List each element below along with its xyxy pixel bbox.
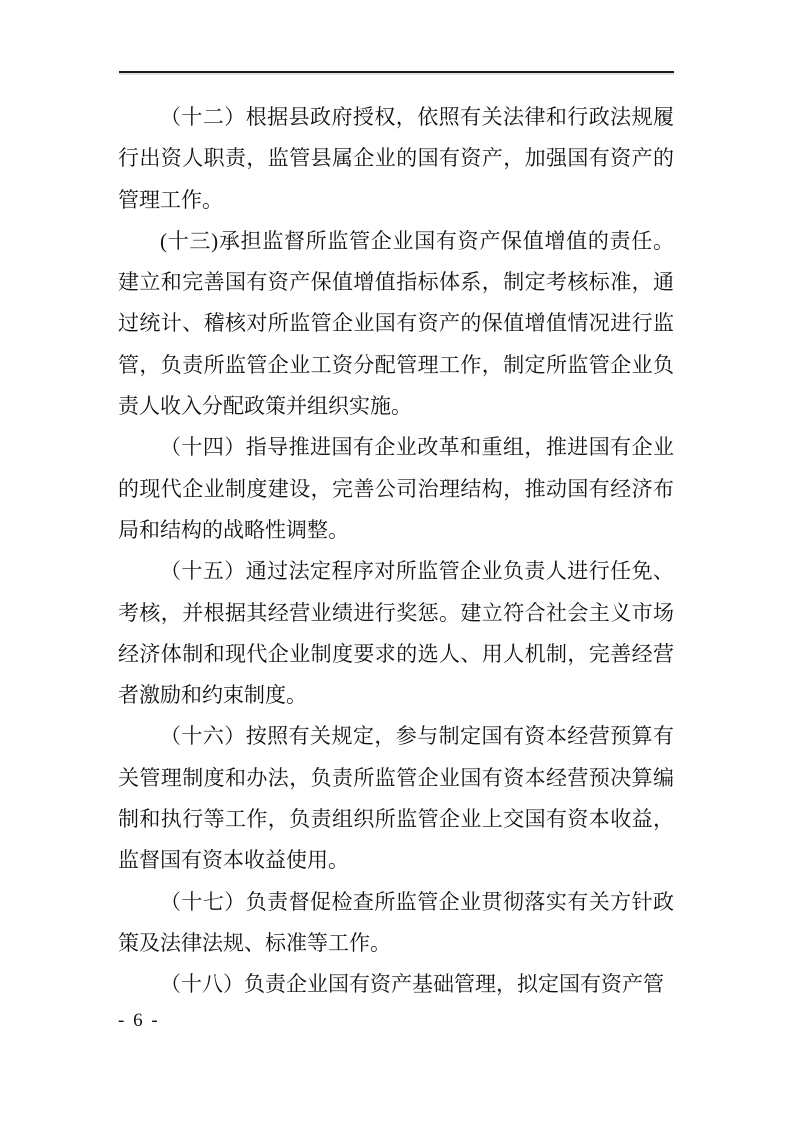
paragraph-12: （十二）根据县政府授权，依照有关法律和行政法规履行出资人职责，监管县属企业的国有… [118,97,674,221]
paragraph-16: （十六）按照有关规定，参与制定国有资本经营预算有关管理制度和办法，负责所监管企业… [118,716,674,881]
document-body: （十二）根据县政府授权，依照有关法律和行政法规履行出资人职责，监管县属企业的国有… [118,97,674,1006]
page-number: - 6 - [118,1010,160,1032]
paragraph-13: (十三)承担监督所监管企业国有资产保值增值的责任。建立和完善国有资产保值增值指标… [118,221,674,427]
header-rule [119,71,674,73]
paragraph-17: （十七）负责督促检查所监管企业贯彻落实有关方针政策及法律法规、标准等工作。 [118,882,674,965]
paragraph-18: （十八）负责企业国有资产基础管理，拟定国有资产管 [118,964,674,1005]
paragraph-14: （十四）指导推进国有企业改革和重组，推进国有企业的现代企业制度建设，完善公司治理… [118,427,674,551]
document-page: （十二）根据县政府授权，依照有关法律和行政法规履行出资人职责，监管县属企业的国有… [0,0,793,1122]
paragraph-15: （十五）通过法定程序对所监管企业负责人进行任免、考核，并根据其经营业绩进行奖惩。… [118,551,674,716]
